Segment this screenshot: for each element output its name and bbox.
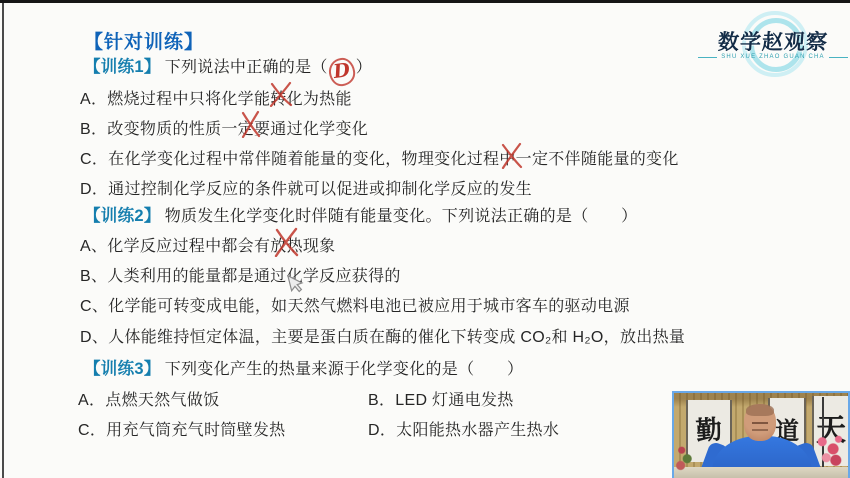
flower-decoration bbox=[812, 430, 846, 472]
section-title: 【针对训练】 bbox=[84, 27, 204, 54]
red-x-annotation bbox=[500, 142, 524, 169]
logo-subtitle: SHU XUE ZHAO GUAN CHA bbox=[698, 54, 848, 60]
brand-logo: 数学赵观察 SHU XUE ZHAO GUAN CHA bbox=[698, 10, 848, 72]
flower-decoration bbox=[674, 440, 696, 474]
q3-option-c: C．用充气筒充气时筒壁发热 bbox=[78, 417, 285, 440]
question-3-stem: 【训练3】下列变化产生的热量来源于化学变化的是（ ） bbox=[84, 355, 523, 379]
q1-option-b: B．改变物质的性质一定要通过化学变化 bbox=[80, 116, 368, 139]
q2-option-b: B、人类利用的能量都是通过化学反应获得的 bbox=[80, 263, 401, 286]
question-1-stem: 【训练1】下列说法中正确的是（D） bbox=[84, 53, 372, 86]
q3-option-d: D．太阳能热水器产生热水 bbox=[368, 417, 559, 440]
red-x-annotation bbox=[240, 110, 262, 138]
presenter-head bbox=[744, 404, 776, 441]
question-3-text: 下列变化产生的热量来源于化学变化的是（ ） bbox=[165, 361, 524, 378]
question-2-label: 【训练2】 bbox=[84, 207, 161, 225]
q3-option-b: B．LED 灯通电发热 bbox=[368, 387, 514, 410]
question-3-label: 【训练3】 bbox=[84, 360, 161, 378]
red-x-annotation bbox=[268, 81, 294, 107]
logo-rule-right bbox=[829, 57, 848, 58]
mouse-cursor-icon bbox=[288, 273, 304, 299]
logo-subtitle-text: SHU XUE ZHAO GUAN CHA bbox=[721, 54, 825, 60]
q2-option-d: D、人体能维持恒定体温，主要是蛋白质在酶的催化下转变成 CO₂和 H₂O，放出热… bbox=[80, 324, 685, 347]
q1-option-d: D．通过控制化学反应的条件就可以促进或抑制化学反应的发生 bbox=[80, 176, 532, 199]
question-2-stem: 【训练2】物质发生化学变化时伴随有能量变化。下列说法正确的是（ ） bbox=[84, 202, 637, 226]
q1-option-c: C．在化学变化过程中常伴随着能量的变化，物理变化过程中一定不伴随能量的变化 bbox=[80, 146, 679, 169]
webcam-overlay: 勤 道 天 bbox=[672, 391, 850, 478]
question-2-text: 物质发生化学变化时伴随有能量变化。下列说法正确的是（ ） bbox=[165, 208, 638, 225]
top-edge-bar bbox=[0, 0, 850, 3]
logo-rule-left bbox=[698, 57, 717, 58]
calligraphy-character: 勤 bbox=[695, 417, 723, 445]
left-edge-line bbox=[2, 3, 4, 478]
lecture-slide: 数学赵观察 SHU XUE ZHAO GUAN CHA 【针对训练】 【训练1】… bbox=[0, 0, 850, 478]
question-1-text: 下列说法中正确的是（ bbox=[165, 59, 328, 76]
question-1-paren-close: ） bbox=[356, 59, 372, 76]
red-x-annotation bbox=[273, 227, 300, 257]
logo-title: 数学赵观察 bbox=[697, 26, 849, 56]
handwritten-answer-annotation: D bbox=[327, 56, 357, 87]
q2-option-c: C、化学能可转变成电能，如天然气燃料电池已被应用于城市客车的驱动电源 bbox=[80, 293, 630, 316]
q3-option-a: A．点燃天然气做饭 bbox=[78, 387, 219, 410]
question-1-label: 【训练1】 bbox=[84, 58, 161, 76]
q1-option-a: A．燃烧过程中只将化学能转化为热能 bbox=[80, 86, 352, 109]
